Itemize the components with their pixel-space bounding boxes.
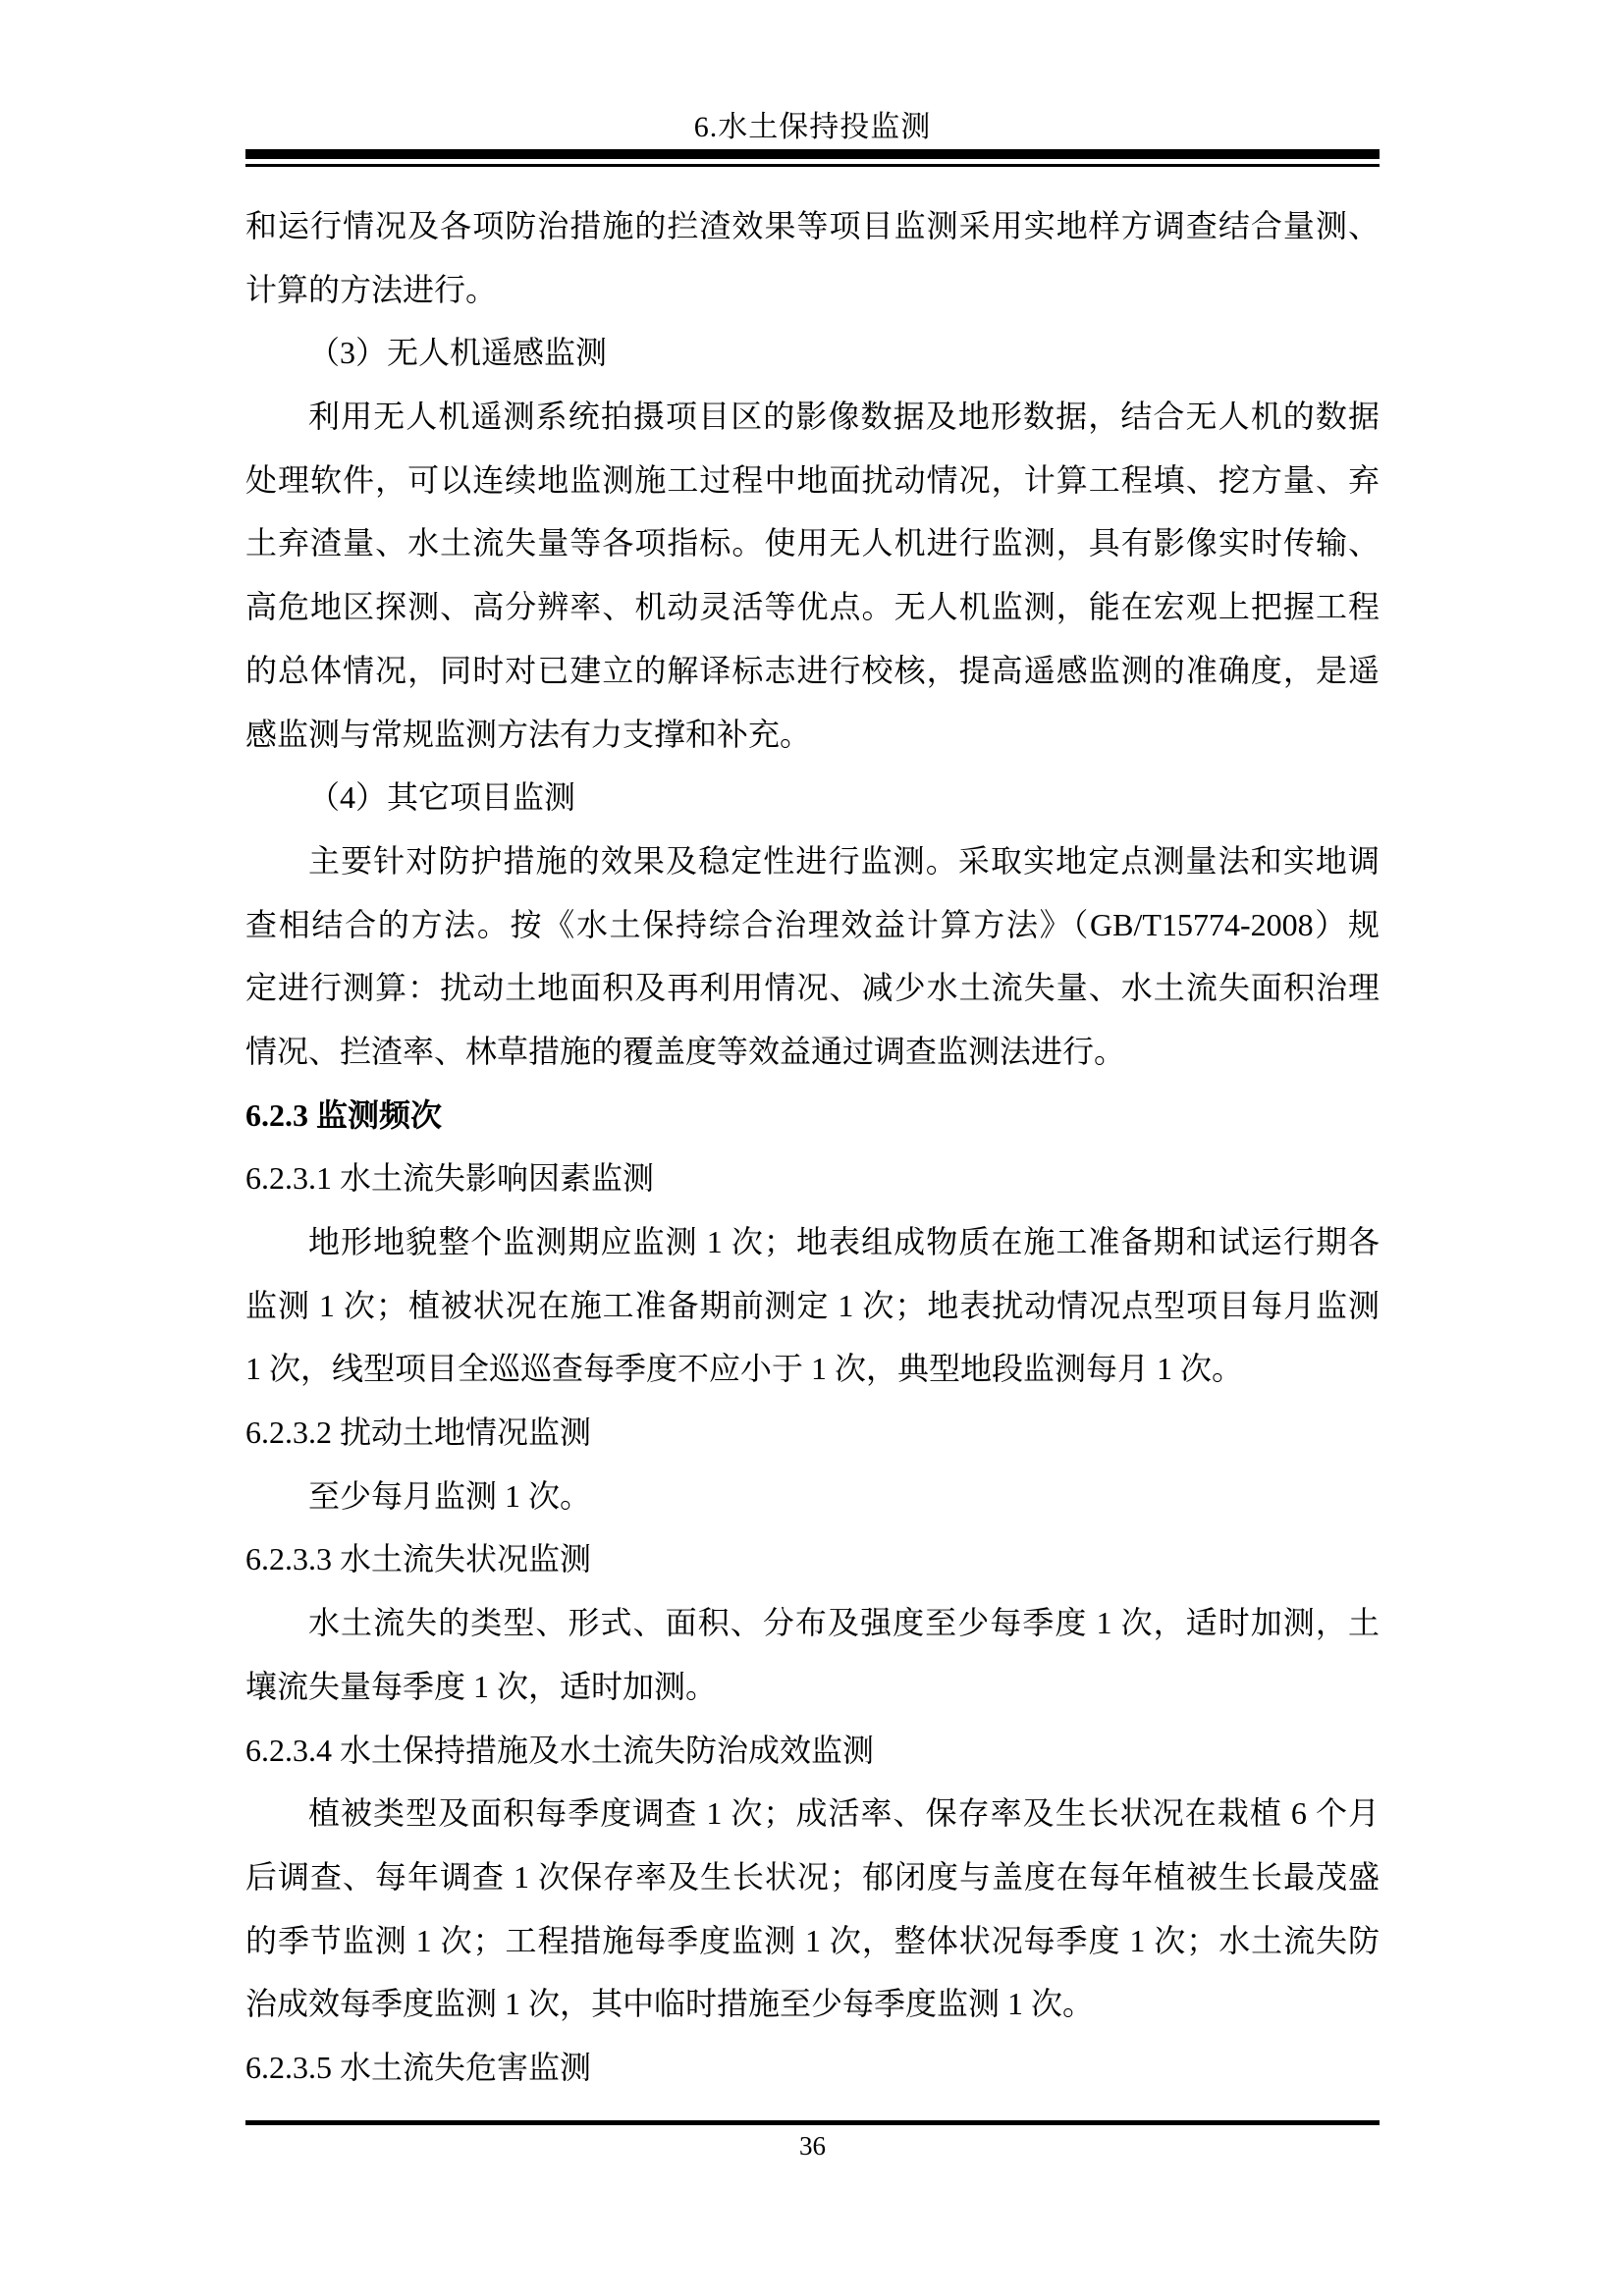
text-line: 地形地貌整个监测期应监测 1 次；地表组成物质在施工准备期和试运行期各 (245, 1210, 1380, 1274)
text-line: 的总体情况，同时对已建立的解译标志进行校核，提高遥感监测的准确度，是遥 (245, 639, 1380, 703)
text-line: 至少每月监测 1 次。 (245, 1465, 1380, 1528)
text-line: 查相结合的方法。按《水土保持综合治理效益计算方法》（GB/T15774-2008… (245, 893, 1380, 957)
text-line: 感监测与常规监测方法有力支撑和补充。 (245, 703, 1380, 767)
text-line: 6.2.3.4 水土保持措施及水土流失防治成效监测 (245, 1719, 1380, 1783)
text-line: 的季节监测 1 次；工程措施每季度监测 1 次，整体状况每季度 1 次；水土流失… (245, 1909, 1380, 1973)
text-line: 利用无人机遥测系统拍摄项目区的影像数据及地形数据，结合无人机的数据 (245, 385, 1380, 449)
page-body: 和运行情况及各项防治措施的拦渣效果等项目监测采用实地样方调查结合量测、计算的方法… (245, 194, 1380, 2100)
text-line: 情况、拦渣率、林草措施的覆盖度等效益通过调查监测法进行。 (245, 1020, 1380, 1084)
text-line: 6.2.3.5 水土流失危害监测 (245, 2036, 1380, 2100)
text-line: 处理软件，可以连续地监测施工过程中地面扰动情况，计算工程填、挖方量、弃 (245, 449, 1380, 512)
text-line: 和运行情况及各项防治措施的拦渣效果等项目监测采用实地样方调查结合量测、 (245, 194, 1380, 258)
text-line: （3）无人机遥感监测 (245, 321, 1380, 385)
text-line: 水土流失的类型、形式、面积、分布及强度至少每季度 1 次，适时加测，土 (245, 1591, 1380, 1655)
text-line: 土弃渣量、水土流失量等各项指标。使用无人机进行监测，具有影像实时传输、 (245, 511, 1380, 575)
text-line: 1 次，线型项目全巡巡查每季度不应小于 1 次，典型地段监测每月 1 次。 (245, 1337, 1380, 1401)
page-header-title: 6.水土保持投监测 (245, 111, 1380, 144)
header-rule-thin (245, 164, 1380, 167)
page-number: 36 (245, 2130, 1380, 2162)
header-rule-thick (245, 149, 1380, 159)
text-line: 后调查、每年调查 1 次保存率及生长状况；郁闭度与盖度在每年植被生长最茂盛 (245, 1845, 1380, 1909)
text-line: 壤流失量每季度 1 次，适时加测。 (245, 1655, 1380, 1719)
text-line: 计算的方法进行。 (245, 258, 1380, 322)
text-line: 植被类型及面积每季度调查 1 次；成活率、保存率及生长状况在栽植 6 个月 (245, 1782, 1380, 1845)
footer-rule (245, 2120, 1380, 2125)
document-page: 6.水土保持投监测 和运行情况及各项防治措施的拦渣效果等项目监测采用实地样方调查… (0, 0, 1624, 2296)
text-line: （4）其它项目监测 (245, 766, 1380, 829)
text-line: 主要针对防护措施的效果及稳定性进行监测。采取实地定点测量法和实地调 (245, 829, 1380, 893)
text-line: 治成效每季度监测 1 次，其中临时措施至少每季度监测 1 次。 (245, 1972, 1380, 2036)
text-line: 6.2.3.1 水土流失影响因素监测 (245, 1147, 1380, 1210)
section-heading: 6.2.3 监测频次 (245, 1084, 1380, 1148)
text-line: 6.2.3.2 扰动土地情况监测 (245, 1401, 1380, 1465)
text-line: 高危地区探测、高分辨率、机动灵活等优点。无人机监测，能在宏观上把握工程 (245, 575, 1380, 639)
text-line: 6.2.3.3 水土流失状况监测 (245, 1527, 1380, 1591)
text-line: 定进行测算：扰动土地面积及再利用情况、减少水土流失量、水土流失面积治理 (245, 956, 1380, 1020)
text-line: 监测 1 次；植被状况在施工准备期前测定 1 次；地表扰动情况点型项目每月监测 (245, 1274, 1380, 1338)
